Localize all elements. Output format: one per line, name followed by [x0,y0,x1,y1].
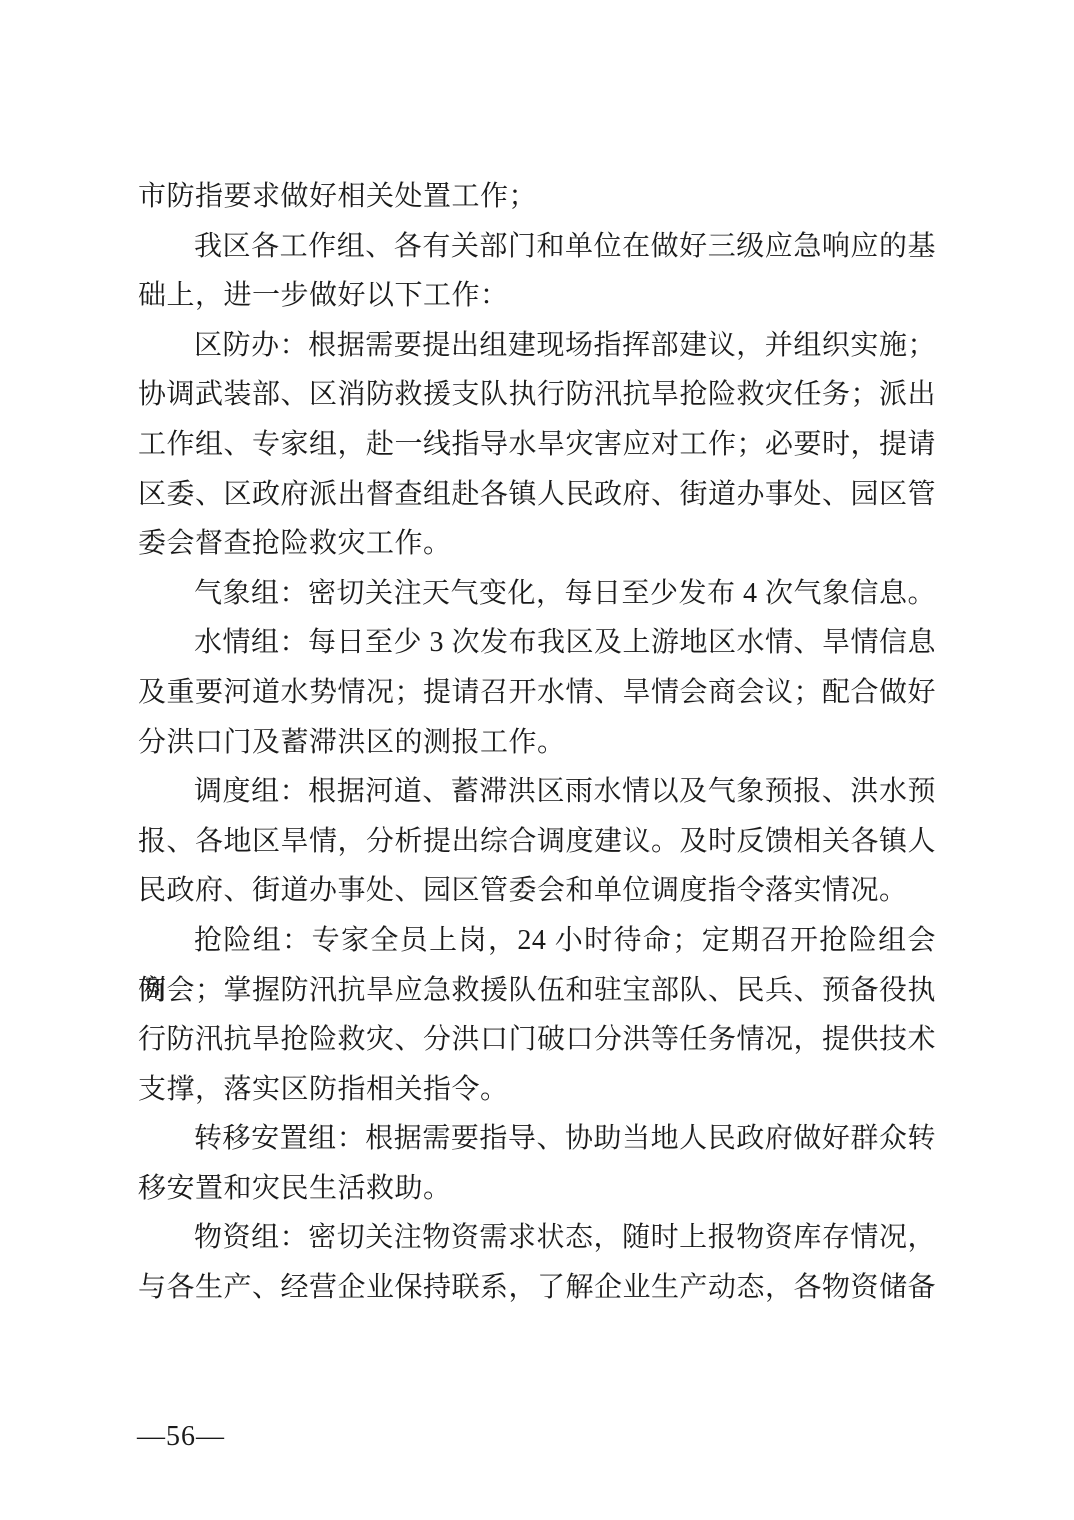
text-line: 础上，进一步做好以下工作： [138,271,936,321]
text-line: 协调武装部、区消防救援支队执行防汛抗旱抢险救灾任务；派出 [138,370,936,420]
page-number: —56— [137,1421,225,1452]
text-line: 区防办：根据需要提出组建现场指挥部建议，并组织实施； [138,321,936,371]
text-line: 民政府、街道办事处、园区管委会和单位调度指令落实情况。 [138,866,936,916]
document-body: 市防指要求做好相关处置工作；我区各工作组、各有关部门和单位在做好三级应急响应的基… [138,172,936,1313]
text-line: 委会督查抢险救灾工作。 [138,519,936,569]
text-line: 与各生产、经营企业保持联系，了解企业生产动态，各物资储备 [138,1263,936,1313]
page-number-footer: —56— [137,1421,225,1453]
text-line: 工作组、专家组，赴一线指导水旱灾害应对工作；必要时，提请 [138,420,936,470]
text-line: 调度组：根据河道、蓄滞洪区雨水情以及气象预报、洪水预 [138,767,936,817]
text-line: 水情组：每日至少 3 次发布我区及上游地区水情、旱情信息 [138,618,936,668]
text-line: 我区各工作组、各有关部门和单位在做好三级应急响应的基 [138,222,936,272]
text-line: 报、各地区旱情，分析提出综合调度建议。及时反馈相关各镇人 [138,817,936,867]
text-line: 分洪口门及蓄滞洪区的测报工作。 [138,718,936,768]
text-line: 移安置和灾民生活救助。 [138,1164,936,1214]
text-line: 及重要河道水势情况；提请召开水情、旱情会商会议；配合做好 [138,668,936,718]
text-line: 物资组：密切关注物资需求状态，随时上报物资库存情况， [138,1213,936,1263]
text-line: 气象组：密切关注天气变化，每日至少发布 4 次气象信息。 [138,569,936,619]
text-line: 区委、区政府派出督查组赴各镇人民政府、街道办事处、园区管 [138,470,936,520]
document-page: 市防指要求做好相关处置工作；我区各工作组、各有关部门和单位在做好三级应急响应的基… [0,0,1074,1520]
text-line: 行防汛抗旱抢险救灾、分洪口门破口分洪等任务情况，提供技术 [138,1015,936,1065]
text-line: 支撑，落实区防指相关指令。 [138,1065,936,1115]
text-line: 例会；掌握防汛抗旱应急救援队伍和驻宝部队、民兵、预备役执 [138,966,936,1016]
text-line: 转移安置组：根据需要指导、协助当地人民政府做好群众转 [138,1114,936,1164]
text-line: 抢险组：专家全员上岗，24 小时待命；定期召开抢险组会商 [138,916,936,966]
text-line: 市防指要求做好相关处置工作； [138,172,936,222]
